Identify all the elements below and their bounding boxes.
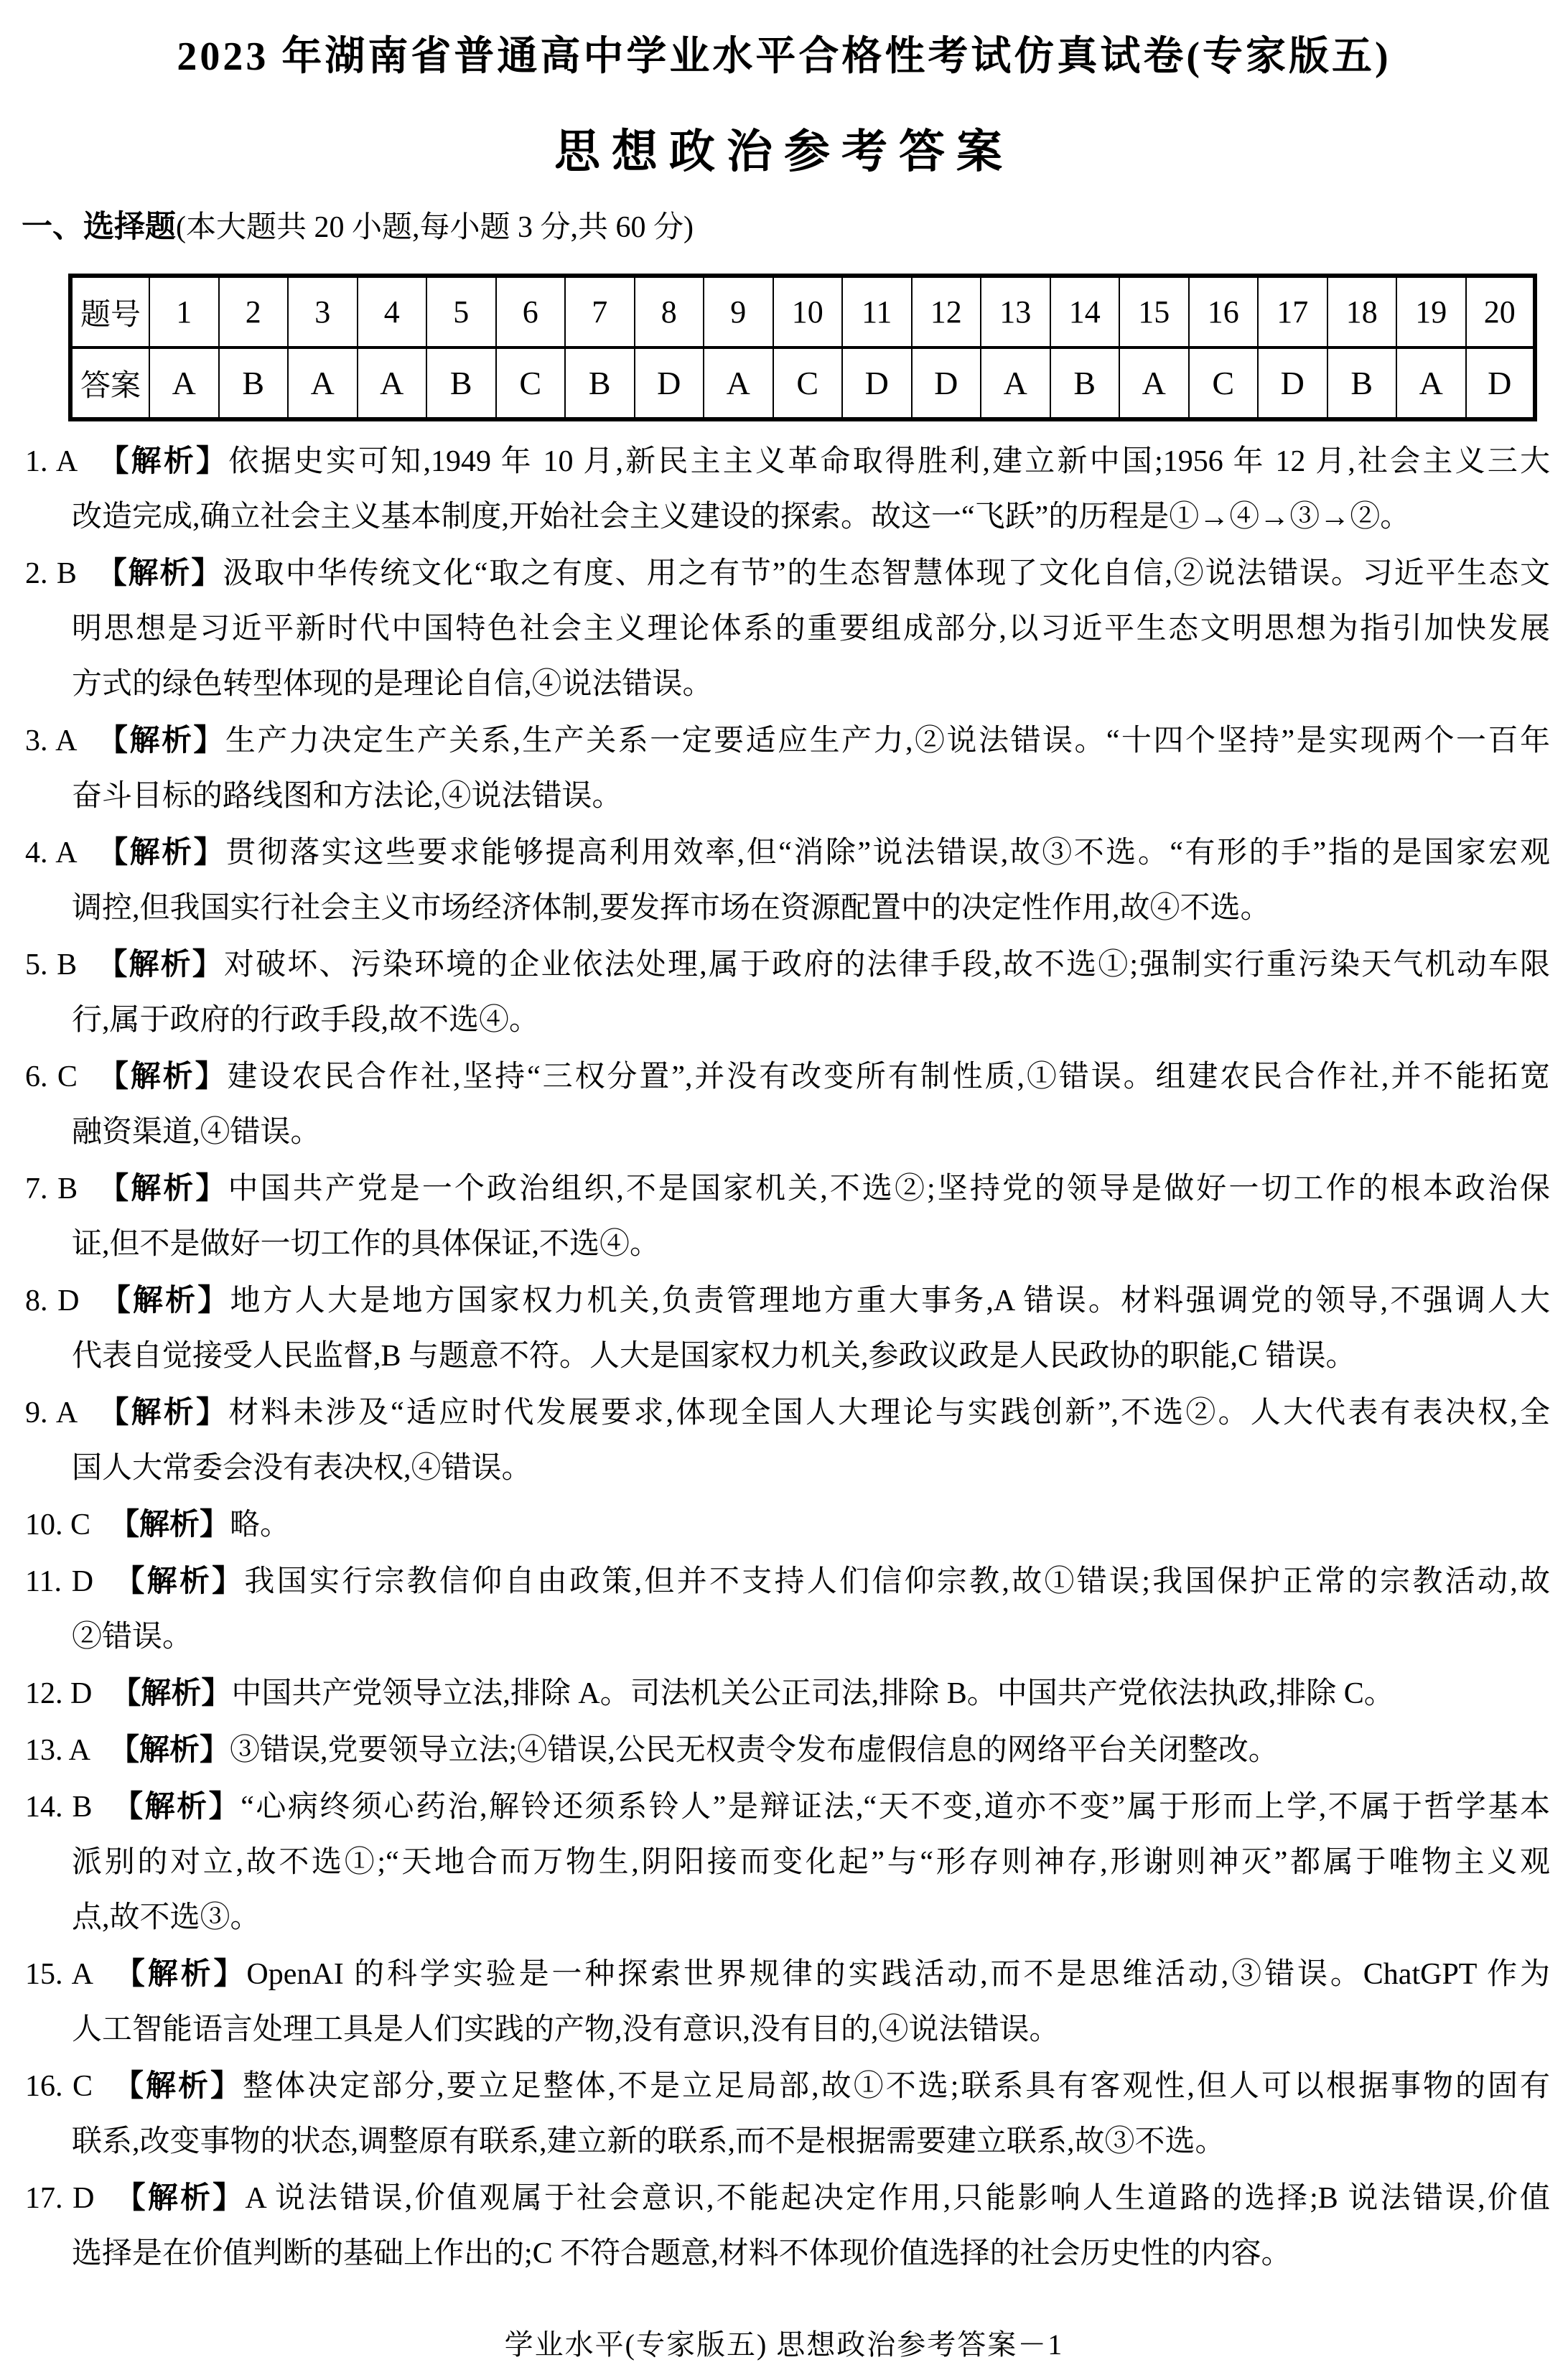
item-number-answer: 3. A <box>25 724 78 757</box>
explanation-text: 汲取中华传统文化“取之有度、用之有节”的生态智慧体现了文化自信,②说法错误。习近… <box>223 557 1550 590</box>
explanation-line: 13. A【解析】③错误,党要领导立法;④错误,公民无权责令发布虚假信息的网络平… <box>25 1722 1550 1778</box>
question-number-cell: 4 <box>358 276 427 347</box>
jiexi-label: 【解析】 <box>113 2180 246 2214</box>
explanation-item: 6. C【解析】建设农民合作社,坚持“三权分置”,并没有改变所有制性质,①错误。… <box>25 1048 1550 1160</box>
explanation-text: ③错误,党要领导立法;④错误,公民无权责令发布虚假信息的网络平台关闭整改。 <box>230 1734 1279 1767</box>
question-number-cell: 1 <box>149 276 219 347</box>
explanation-line: 2. B【解析】汲取中华传统文化“取之有度、用之有节”的生态智慧体现了文化自信,… <box>25 545 1550 602</box>
question-number-cell: 16 <box>1189 276 1259 347</box>
explanation-line: 行,属于政府的行政手段,故不选④。 <box>25 993 1550 1048</box>
explanation-text: 建设农民合作社,坚持“三权分置”,并没有改变所有制性质,①错误。组建农民合作社,… <box>228 1060 1551 1093</box>
answer-cell: D <box>1258 347 1327 419</box>
answer-cell: B <box>1327 347 1397 419</box>
explanation-item: 3. A【解析】生产力决定生产关系,生产关系一定要适应生产力,②说法错误。“十四… <box>25 712 1550 824</box>
answer-cell: D <box>635 347 704 419</box>
explanation-line: 奋斗目标的路线图和方法论,④说法错误。 <box>25 769 1550 824</box>
explanation-item: 17. D【解析】A 说法错误,价值观属于社会意识,不能起决定作用,只能影响人生… <box>25 2170 1550 2282</box>
answer-table: 题号 1234567891011121314151617181920 答案 AB… <box>68 274 1537 421</box>
item-number-answer: 1. A <box>25 445 78 478</box>
jiexi-label: 【解析】 <box>96 1171 228 1205</box>
page-footer: 学业水平(专家版五) 思想政治参考答案－1 <box>0 2322 1568 2363</box>
jiexi-label: 【解析】 <box>98 1283 230 1317</box>
answer-cell: A <box>704 347 773 419</box>
explanation-text: 整体决定部分,要立足整体,不是立足局部,故①不选;联系具有客观性,但人可以根据事… <box>243 2070 1550 2103</box>
jiexi-label: 【解析】 <box>95 947 224 981</box>
explanation-line: 明思想是习近平新时代中国特色社会主义理论体系的重要组成部分,以习近平生态文明思想… <box>25 602 1550 657</box>
item-number-answer: 4. A <box>25 836 78 869</box>
explanation-line: 改造完成,确立社会主义基本制度,开始社会主义建设的探索。故这一“飞跃”的历程是①… <box>25 490 1550 545</box>
question-number-cell: 8 <box>635 276 704 347</box>
explanation-line: 融资渠道,④错误。 <box>25 1105 1550 1160</box>
answer-cell: A <box>288 347 358 419</box>
explanation-line: 5. B【解析】对破坏、污染环境的企业依法处理,属于政府的法律手段,故不选①;强… <box>25 936 1550 993</box>
explanation-line: 4. A【解析】贯彻落实这些要求能够提高利用效率,但“消除”说法错误,故③不选。… <box>25 824 1550 881</box>
explanation-text: 地方人大是地方国家权力机关,负责管理地方重大事务,A 错误。材料强调党的领导,不… <box>230 1284 1550 1317</box>
explanation-item: 1. A【解析】依据史实可知,1949 年 10 月,新民主主义革命取得胜利,建… <box>25 433 1550 545</box>
jiexi-label: 【解析】 <box>96 835 226 869</box>
question-number-cell: 18 <box>1327 276 1397 347</box>
question-number-cell: 5 <box>426 276 496 347</box>
jiexi-label: 【解析】 <box>111 1676 231 1709</box>
question-number-cell: 12 <box>912 276 981 347</box>
section-heading-bold: 一、选择题 <box>22 210 176 244</box>
question-number-cell: 10 <box>773 276 843 347</box>
explanation-line: 15. A【解析】OpenAI 的科学实验是一种探索世界规律的实践活动,而不是思… <box>25 1946 1550 2002</box>
question-number-cell: 11 <box>842 276 912 347</box>
jiexi-label: 【解析】 <box>112 1564 244 1597</box>
explanation-item: 5. B【解析】对破坏、污染环境的企业依法处理,属于政府的法律手段,故不选①;强… <box>25 936 1550 1048</box>
jiexi-label: 【解析】 <box>111 2068 243 2102</box>
question-number-cell: 17 <box>1258 276 1327 347</box>
question-number-header: 题号 <box>70 276 149 347</box>
item-number-answer: 11. D <box>25 1565 93 1598</box>
answer-cell: B <box>565 347 635 419</box>
explanation-text: 我国实行宗教信仰自由政策,但并不支持人们信仰宗教,故①错误;我国保护正常的宗教活… <box>244 1565 1550 1598</box>
explanation-line: 10. C【解析】略。 <box>25 1496 1550 1553</box>
question-number-cell: 14 <box>1050 276 1120 347</box>
explanation-line: 点,故不选③。 <box>25 1890 1550 1946</box>
answer-cell: B <box>219 347 289 419</box>
jiexi-label: 【解析】 <box>96 1395 228 1429</box>
answer-row: 答案 ABAABCBDACDDABACDBAD <box>70 347 1535 419</box>
item-number-answer: 2. B <box>25 557 77 590</box>
page-title: 2023 年湖南省普通高中学业水平合格性考试仿真试卷(专家版五) <box>0 24 1568 82</box>
question-number-row: 题号 1234567891011121314151617181920 <box>70 276 1535 347</box>
item-number-answer: 14. B <box>25 1791 93 1824</box>
item-number-answer: 9. A <box>25 1396 78 1429</box>
explanation-item: 9. A【解析】材料未涉及“适应时代发展要求,体现全国人大理论与实践创新”,不选… <box>25 1384 1550 1496</box>
explanation-line: 11. D【解析】我国实行宗教信仰自由政策,但并不支持人们信仰宗教,故①错误;我… <box>25 1553 1550 1610</box>
item-number-answer: 12. D <box>25 1677 92 1710</box>
question-number-cell: 20 <box>1466 276 1536 347</box>
explanation-text: A 说法错误,价值观属于社会意识,不能起决定作用,只能影响人生道路的选择;B 说… <box>245 2182 1550 2215</box>
explanation-line: 人工智能语言处理工具是人们实践的产物,没有意识,没有目的,④说法错误。 <box>25 2002 1550 2058</box>
explanation-item: 11. D【解析】我国实行宗教信仰自由政策,但并不支持人们信仰宗教,故①错误;我… <box>25 1553 1550 1665</box>
question-number-cell: 9 <box>704 276 773 347</box>
explanation-item: 4. A【解析】贯彻落实这些要求能够提高利用效率,但“消除”说法错误,故③不选。… <box>25 824 1550 936</box>
answer-sheet-page: { "page": { "title": "2023 年湖南省普通高中学业水平合… <box>0 0 1568 2365</box>
item-number-answer: 6. C <box>25 1060 78 1093</box>
explanation-line: 7. B【解析】中国共产党是一个政治组织,不是国家机关,不选②;坚持党的领导是做… <box>25 1160 1550 1217</box>
answer-cell: A <box>149 347 219 419</box>
explanation-text: “心病终须心药治,解铃还须系铃人”是辩证法,“天不变,道亦不变”属于形而上学,不… <box>241 1791 1550 1824</box>
explanation-item: 14. B【解析】“心病终须心药治,解铃还须系铃人”是辩证法,“天不变,道亦不变… <box>25 1778 1550 1946</box>
explanation-line: 代表自觉接受人民监督,B 与题意不符。人大是国家权力机关,参政议政是人民政协的职… <box>25 1329 1550 1384</box>
explanation-item: 2. B【解析】汲取中华传统文化“取之有度、用之有节”的生态智慧体现了文化自信,… <box>25 545 1550 712</box>
explanation-line: 方式的绿色转型体现的是理论自信,④说法错误。 <box>25 657 1550 712</box>
answer-cell: C <box>1189 347 1259 419</box>
explanation-text: 生产力决定生产关系,生产关系一定要适应生产力,②说法错误。“十四个坚持”是实现两… <box>225 724 1550 757</box>
question-number-cell: 3 <box>288 276 358 347</box>
explanation-line: 17. D【解析】A 说法错误,价值观属于社会意识,不能起决定作用,只能影响人生… <box>25 2170 1550 2226</box>
explanation-text: 中国共产党是一个政治组织,不是国家机关,不选②;坚持党的领导是做好一切工作的根本… <box>228 1172 1550 1205</box>
explanation-line: 调控,但我国实行社会主义市场经济体制,要发挥市场在资源配置中的决定性作用,故④不… <box>25 881 1550 936</box>
explanation-line: 8. D【解析】地方人大是地方国家权力机关,负责管理地方重大事务,A 错误。材料… <box>25 1272 1550 1329</box>
question-number-cell: 19 <box>1396 276 1466 347</box>
answer-cell: A <box>1119 347 1189 419</box>
answer-cell: A <box>981 347 1050 419</box>
jiexi-label: 【解析】 <box>109 1732 230 1766</box>
answer-header: 答案 <box>70 347 149 419</box>
explanation-line: 9. A【解析】材料未涉及“适应时代发展要求,体现全国人大理论与实践创新”,不选… <box>25 1384 1550 1441</box>
item-number-answer: 17. D <box>25 2182 95 2215</box>
explanation-line: 派别的对立,故不选①;“天地合而万物生,阴阳接而变化起”与“形存则神存,形谢则神… <box>25 1835 1550 1890</box>
explanation-line: 16. C【解析】整体决定部分,要立足整体,不是立足局部,故①不选;联系具有客观… <box>25 2058 1550 2114</box>
explanation-line: 1. A【解析】依据史实可知,1949 年 10 月,新民主主义革命取得胜利,建… <box>25 433 1550 490</box>
section-heading: 一、选择题(本大题共 20 小题,每小题 3 分,共 60 分) <box>22 207 1568 248</box>
item-number-answer: 5. B <box>25 948 77 981</box>
jiexi-label: 【解析】 <box>112 1956 246 1990</box>
explanation-line: 证,但不是做好一切工作的具体保证,不选④。 <box>25 1217 1550 1272</box>
question-number-cell: 13 <box>981 276 1050 347</box>
explanation-text: 对破坏、污染环境的企业依法处理,属于政府的法律手段,故不选①;强制实行重污染天气… <box>224 948 1550 981</box>
explanation-line: 3. A【解析】生产力决定生产关系,生产关系一定要适应生产力,②说法错误。“十四… <box>25 712 1550 769</box>
explanation-line: ②错误。 <box>25 1610 1550 1665</box>
explanation-item: 7. B【解析】中国共产党是一个政治组织,不是国家机关,不选②;坚持党的领导是做… <box>25 1160 1550 1272</box>
question-number-cell: 7 <box>565 276 635 347</box>
explanation-item: 13. A【解析】③错误,党要领导立法;④错误,公民无权责令发布虚假信息的网络平… <box>25 1722 1550 1778</box>
item-number-answer: 15. A <box>25 1958 93 1991</box>
item-number-answer: 16. C <box>25 2070 93 2103</box>
jiexi-label: 【解析】 <box>96 1059 228 1093</box>
question-number-cell: 15 <box>1119 276 1189 347</box>
jiexi-label: 【解析】 <box>111 1789 241 1823</box>
explanation-line: 6. C【解析】建设农民合作社,坚持“三权分置”,并没有改变所有制性质,①错误。… <box>25 1048 1550 1105</box>
question-number-cell: 2 <box>219 276 289 347</box>
answer-cell: D <box>842 347 912 419</box>
explanation-text: 贯彻落实这些要求能够提高利用效率,但“消除”说法错误,故③不选。“有形的手”指的… <box>225 836 1550 869</box>
item-number-answer: 10. C <box>25 1508 90 1541</box>
explanation-line: 12. D【解析】中国共产党领导立法,排除 A。司法机关公正司法,排除 B。中国… <box>25 1665 1550 1722</box>
section-heading-rest: (本大题共 20 小题,每小题 3 分,共 60 分) <box>176 211 694 244</box>
answer-cell: B <box>426 347 496 419</box>
explanation-item: 10. C【解析】略。 <box>25 1496 1550 1553</box>
explanation-text: 中国共产党领导立法,排除 A。司法机关公正司法,排除 B。中国共产党依法执政,排… <box>231 1677 1394 1710</box>
answer-cell: C <box>773 347 843 419</box>
answer-cell: C <box>496 347 566 419</box>
answer-cell: A <box>1396 347 1466 419</box>
jiexi-label: 【解析】 <box>96 444 228 477</box>
explanation-item: 16. C【解析】整体决定部分,要立足整体,不是立足局部,故①不选;联系具有客观… <box>25 2058 1550 2170</box>
answer-cell: D <box>912 347 981 419</box>
item-number-answer: 13. A <box>25 1734 90 1767</box>
explanation-text: OpenAI 的科学实验是一种探索世界规律的实践活动,而不是思维活动,③错误。C… <box>246 1958 1550 1991</box>
jiexi-label: 【解析】 <box>95 556 223 589</box>
item-number-answer: 7. B <box>25 1172 78 1205</box>
explanation-text: 略。 <box>230 1508 290 1541</box>
explanation-item: 8. D【解析】地方人大是地方国家权力机关,负责管理地方重大事务,A 错误。材料… <box>25 1272 1550 1384</box>
jiexi-label: 【解析】 <box>96 723 225 757</box>
item-number-answer: 8. D <box>25 1284 80 1317</box>
jiexi-label: 【解析】 <box>109 1507 230 1541</box>
explanation-line: 选择是在价值判断的基础上作出的;C 不符合题意,材料不体现价值选择的社会历史性的… <box>25 2226 1550 2282</box>
explanation-text: 依据史实可知,1949 年 10 月,新民主主义革命取得胜利,建立新中国;195… <box>228 445 1550 478</box>
explanation-item: 15. A【解析】OpenAI 的科学实验是一种探索世界规律的实践活动,而不是思… <box>25 1946 1550 2058</box>
explanation-item: 12. D【解析】中国共产党领导立法,排除 A。司法机关公正司法,排除 B。中国… <box>25 1665 1550 1722</box>
explanation-line: 国人大常委会没有表决权,④错误。 <box>25 1441 1550 1496</box>
question-number-cell: 6 <box>496 276 566 347</box>
answer-cell: B <box>1050 347 1120 419</box>
explanations: 1. A【解析】依据史实可知,1949 年 10 月,新民主主义革命取得胜利,建… <box>25 433 1550 2282</box>
answer-cell: D <box>1466 347 1536 419</box>
explanation-line: 14. B【解析】“心病终须心药治,解铃还须系铃人”是辩证法,“天不变,道亦不变… <box>25 1778 1550 1835</box>
answer-cell: A <box>358 347 427 419</box>
page-subtitle: 思想政治参考答案 <box>0 115 1568 181</box>
explanation-line: 联系,改变事物的状态,调整原有联系,建立新的联系,而不是根据需要建立联系,故③不… <box>25 2114 1550 2170</box>
explanation-text: 材料未涉及“适应时代发展要求,体现全国人大理论与实践创新”,不选②。人大代表有表… <box>228 1396 1550 1429</box>
